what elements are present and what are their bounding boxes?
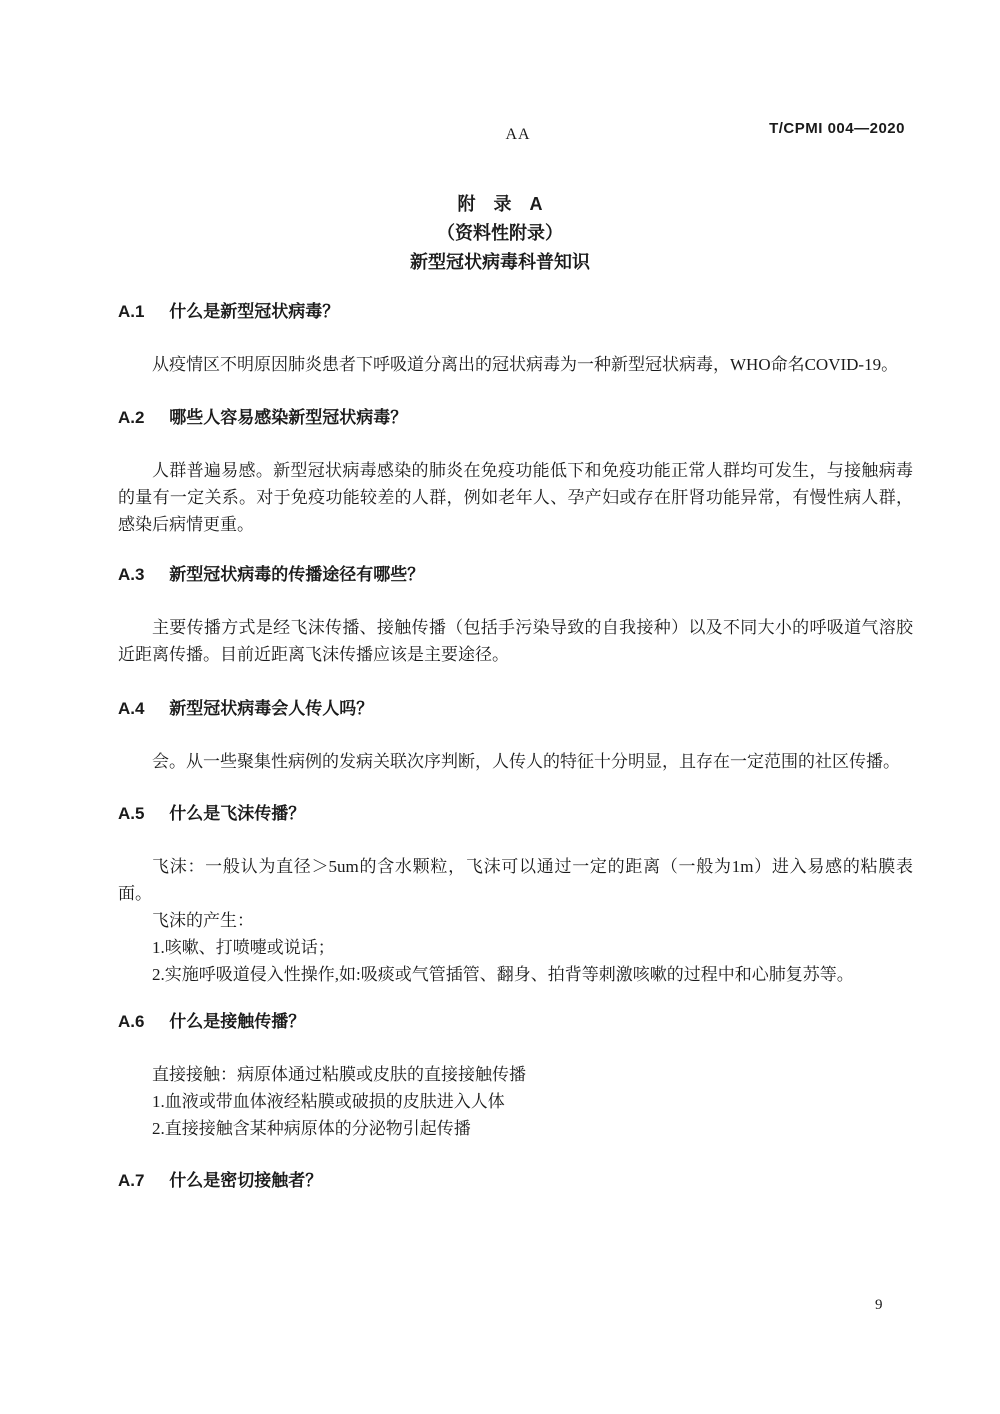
section-body: 直接接触：病原体通过粘膜或皮肤的直接接触传播1.血液或带血体液经粘膜或破损的皮肤… bbox=[118, 1061, 913, 1142]
paragraph: 会。从一些聚集性病例的发病关联次序判断，人传人的特征十分明显，且存在一定范围的社… bbox=[118, 748, 913, 775]
paragraph: 直接接触：病原体通过粘膜或皮肤的直接接触传播 bbox=[118, 1061, 913, 1088]
document-page: AA T/CPMI 004—2020 附 录 A （资料性附录） 新型冠状病毒科… bbox=[0, 0, 1000, 1414]
section: A.3 新型冠状病毒的传播途径有哪些？ 主要传播方式是经飞沫传播、接触传播（包括… bbox=[118, 564, 913, 668]
section-number: A.4 bbox=[118, 698, 144, 719]
section: A.7 什么是密切接触者？ bbox=[118, 1170, 913, 1191]
section-title: 什么是密切接触者？ bbox=[169, 1171, 322, 1190]
paragraph: 人群普遍易感。新型冠状病毒感染的肺炎在免疫功能低下和免疫功能正常人群均可发生，与… bbox=[118, 457, 913, 538]
section-heading: A.6 什么是接触传播？ bbox=[118, 1011, 913, 1032]
section-number: A.5 bbox=[118, 803, 144, 824]
section-body: 飞沫：一般认为直径＞5um的含水颗粒，飞沫可以通过一定的距离（一般为1m）进入易… bbox=[118, 853, 913, 988]
paragraph: 从疫情区不明原因肺炎患者下呼吸道分离出的冠状病毒为一种新型冠状病毒，WHO命名C… bbox=[118, 351, 913, 378]
section: A.4 新型冠状病毒会人传人吗？ 会。从一些聚集性病例的发病关联次序判断，人传人… bbox=[118, 698, 913, 775]
section-body: 人群普遍易感。新型冠状病毒感染的肺炎在免疫功能低下和免疫功能正常人群均可发生，与… bbox=[118, 457, 913, 538]
paragraph: 飞沫的产生： bbox=[118, 907, 913, 934]
section-heading: A.2 哪些人容易感染新型冠状病毒？ bbox=[118, 407, 913, 428]
paragraph: 1.咳嗽、打喷嚏或说话； bbox=[118, 934, 913, 961]
section-title: 哪些人容易感染新型冠状病毒？ bbox=[169, 408, 407, 427]
section: A.2 哪些人容易感染新型冠状病毒？ 人群普遍易感。新型冠状病毒感染的肺炎在免疫… bbox=[118, 407, 913, 538]
section-number: A.7 bbox=[118, 1170, 144, 1191]
section-number: A.1 bbox=[118, 301, 144, 322]
section-body: 会。从一些聚集性病例的发病关联次序判断，人传人的特征十分明显，且存在一定范围的社… bbox=[118, 748, 913, 775]
section: A.1 什么是新型冠状病毒？ 从疫情区不明原因肺炎患者下呼吸道分离出的冠状病毒为… bbox=[118, 301, 913, 378]
section-title: 什么是飞沫传播？ bbox=[169, 804, 305, 823]
section-heading: A.1 什么是新型冠状病毒？ bbox=[118, 301, 913, 322]
section-title: 什么是接触传播？ bbox=[169, 1012, 305, 1031]
section-title: 什么是新型冠状病毒？ bbox=[169, 302, 339, 321]
section-title: 新型冠状病毒会人传人吗？ bbox=[169, 699, 373, 718]
paragraph: 主要传播方式是经飞沫传播、接触传播（包括手污染导致的自我接种）以及不同大小的呼吸… bbox=[118, 614, 913, 668]
page-number: 9 bbox=[875, 1297, 883, 1314]
appendix-topic: 新型冠状病毒科普知识 bbox=[0, 248, 1000, 277]
section-body: 从疫情区不明原因肺炎患者下呼吸道分离出的冠状病毒为一种新型冠状病毒，WHO命名C… bbox=[118, 351, 913, 378]
appendix-title: 附 录 A bbox=[0, 190, 1000, 219]
section-number: A.3 bbox=[118, 564, 144, 585]
section-heading: A.7 什么是密切接触者？ bbox=[118, 1170, 913, 1191]
section-body: 主要传播方式是经飞沫传播、接触传播（包括手污染导致的自我接种）以及不同大小的呼吸… bbox=[118, 614, 913, 668]
section: A.6 什么是接触传播？ 直接接触：病原体通过粘膜或皮肤的直接接触传播1.血液或… bbox=[118, 1011, 913, 1142]
section-heading: A.3 新型冠状病毒的传播途径有哪些？ bbox=[118, 564, 913, 585]
header-standard-number: T/CPMI 004—2020 bbox=[769, 120, 905, 137]
section: A.5 什么是飞沫传播？ 飞沫：一般认为直径＞5um的含水颗粒，飞沫可以通过一定… bbox=[118, 803, 913, 988]
section-heading: A.4 新型冠状病毒会人传人吗？ bbox=[118, 698, 913, 719]
paragraph: 1.血液或带血体液经粘膜或破损的皮肤进入人体 bbox=[118, 1088, 913, 1115]
paragraph: 2.直接接触含某种病原体的分泌物引起传播 bbox=[118, 1115, 913, 1142]
appendix-subtitle: （资料性附录） bbox=[0, 219, 1000, 248]
section-number: A.2 bbox=[118, 407, 144, 428]
appendix-title-block: 附 录 A （资料性附录） 新型冠状病毒科普知识 bbox=[0, 190, 1000, 277]
section-number: A.6 bbox=[118, 1011, 144, 1032]
header-doc-mark: AA bbox=[505, 126, 530, 144]
paragraph: 飞沫：一般认为直径＞5um的含水颗粒，飞沫可以通过一定的距离（一般为1m）进入易… bbox=[118, 853, 913, 907]
paragraph: 2.实施呼吸道侵入性操作,如:吸痰或气管插管、翻身、拍背等刺激咳嗽的过程中和心肺… bbox=[118, 961, 913, 988]
section-heading: A.5 什么是飞沫传播？ bbox=[118, 803, 913, 824]
section-title: 新型冠状病毒的传播途径有哪些？ bbox=[169, 565, 424, 584]
